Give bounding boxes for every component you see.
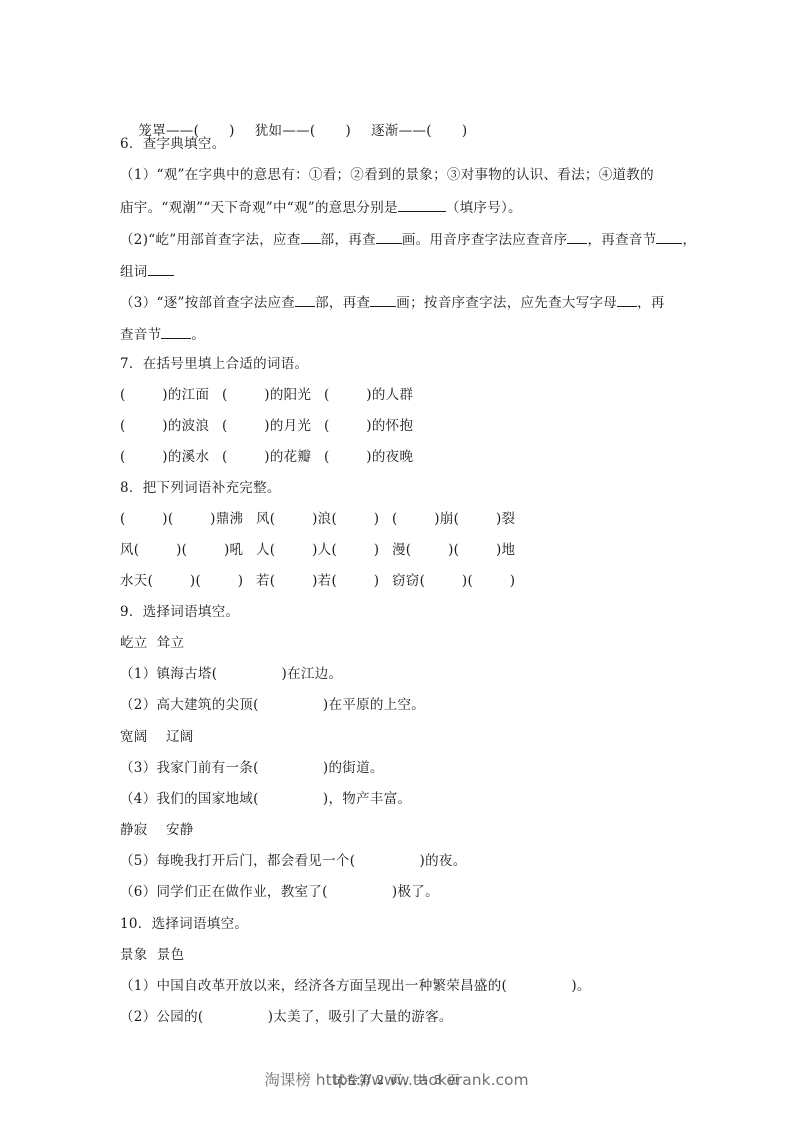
fill-sentence[interactable]: （5）每晚我打开后门，都会看见一个( )的夜。 xyxy=(120,852,467,870)
q5-item: 逐渐——() xyxy=(371,123,467,139)
fill-item[interactable]: ( )的阳光 xyxy=(222,386,324,404)
fill-sentence[interactable]: （1）中国自改革开放以来，经济各方面呈现出一种繁荣昌盛的( )。 xyxy=(120,977,591,995)
fill-item[interactable]: 窃窃( )( ) xyxy=(392,572,515,590)
word-choices: 静寂 安静 xyxy=(120,821,194,839)
fill-sentence[interactable]: （4）我们的国家地域( )，物产丰富。 xyxy=(120,790,411,808)
question-10-title: 10．选择词语填空。 xyxy=(120,915,248,933)
fill-item[interactable]: ( )的花瓣 xyxy=(222,448,324,466)
fill-item[interactable]: ( )的江面 xyxy=(120,386,222,404)
q8-row: 水天( )( )若( )若( )窃窃( )( ) xyxy=(120,572,515,590)
q6-part1-line1: （1）“观”在字典中的意思有：①看；②看到的景象；③对事物的认识、看法；④道教的 xyxy=(120,166,654,184)
fill-sentence[interactable]: （2）公园的( )太美了，吸引了大量的游客。 xyxy=(120,1008,453,1026)
fill-item[interactable]: ( )的波浪 xyxy=(120,417,222,435)
question-8-title: 8．把下列词语补充完整。 xyxy=(120,479,281,497)
fill-item[interactable]: ( )的月光 xyxy=(222,417,324,435)
answer-blank[interactable] xyxy=(161,325,191,339)
question-7-title: 7．在括号里填上合适的词语。 xyxy=(120,355,308,373)
fill-sentence[interactable]: （2）高大建筑的尖顶( )在平原的上空。 xyxy=(120,696,425,714)
fill-item[interactable]: 若( )若( ) xyxy=(256,572,392,590)
word-choices: 屹立 耸立 xyxy=(120,634,184,652)
answer-blank[interactable] xyxy=(617,293,637,307)
fill-item[interactable]: 风( )( )吼 xyxy=(120,541,256,559)
fill-item[interactable]: 漫( )( )地 xyxy=(392,541,515,559)
q7-row: ( )的波浪( )的月光( )的怀抱 xyxy=(120,417,413,435)
q7-row: ( )的溪水( )的花瓣( )的夜晚 xyxy=(120,448,413,466)
fill-item[interactable]: 人( )人( ) xyxy=(256,541,392,559)
q7-row: ( )的江面( )的阳光( )的人群 xyxy=(120,386,413,404)
q6-part1-line2: 庙宇。“观潮”“天下奇观”中“观”的意思分别是（填序号）。 xyxy=(120,198,522,217)
fill-item[interactable]: ( )崩( )裂 xyxy=(392,510,515,528)
fill-item[interactable]: 风( )浪( ) xyxy=(256,510,392,528)
fill-item[interactable]: ( )的人群 xyxy=(324,386,413,404)
answer-blank[interactable] xyxy=(398,198,446,212)
fill-item[interactable]: ( )( )鼎沸 xyxy=(120,510,256,528)
answer-blank[interactable] xyxy=(567,230,587,244)
word-choices: 景象 景色 xyxy=(120,946,184,964)
fill-sentence[interactable]: （3）我家门前有一条( )的街道。 xyxy=(120,759,384,777)
fill-item[interactable]: 水天( )( ) xyxy=(120,572,256,590)
word-choices: 宽阔 辽阔 xyxy=(120,728,194,746)
fill-item[interactable]: ( )的溪水 xyxy=(120,448,222,466)
exam-page: 笼罩——()犹如——()逐渐——() 6．查字典填空。 （1）“观”在字典中的意… xyxy=(0,0,793,1122)
fill-item[interactable]: ( )的怀抱 xyxy=(324,417,413,435)
fill-sentence[interactable]: （6）同学们正在做作业，教室了( )极了。 xyxy=(120,883,439,901)
question-9-title: 9．选择词语填空。 xyxy=(120,603,239,621)
answer-blank[interactable] xyxy=(301,230,321,244)
answer-blank[interactable] xyxy=(656,230,682,244)
q6-part3-line1: （3）“逐”按部首查字法应查部，再查画；按音序查字法，应先查大写字母，再 xyxy=(120,293,665,312)
fill-item[interactable]: ( )的夜晚 xyxy=(324,448,413,466)
fill-sentence[interactable]: （1）镇海古塔( )在江边。 xyxy=(120,665,342,683)
watermark: 淘课榜 https://www.taokerank.com xyxy=(0,1068,793,1090)
q6-part2-line1: （2)“屹”用部首查字法，应查部，再查画。用音序查字法应查音序，再查音节， xyxy=(120,230,696,249)
q5-item: 犹如——() xyxy=(255,123,351,139)
answer-blank[interactable] xyxy=(376,230,402,244)
answer-blank[interactable] xyxy=(148,262,174,276)
q8-row: 风( )( )吼人( )人( )漫( )( )地 xyxy=(120,541,515,559)
q8-row: ( )( )鼎沸风( )浪( )( )崩( )裂 xyxy=(120,510,515,528)
q6-part3-line2: 查音节。 xyxy=(120,325,205,344)
answer-blank[interactable] xyxy=(370,293,396,307)
question-6-title: 6．查字典填空。 xyxy=(120,135,226,153)
answer-blank[interactable] xyxy=(295,293,315,307)
q6-part2-line2: 组词 xyxy=(120,262,174,281)
